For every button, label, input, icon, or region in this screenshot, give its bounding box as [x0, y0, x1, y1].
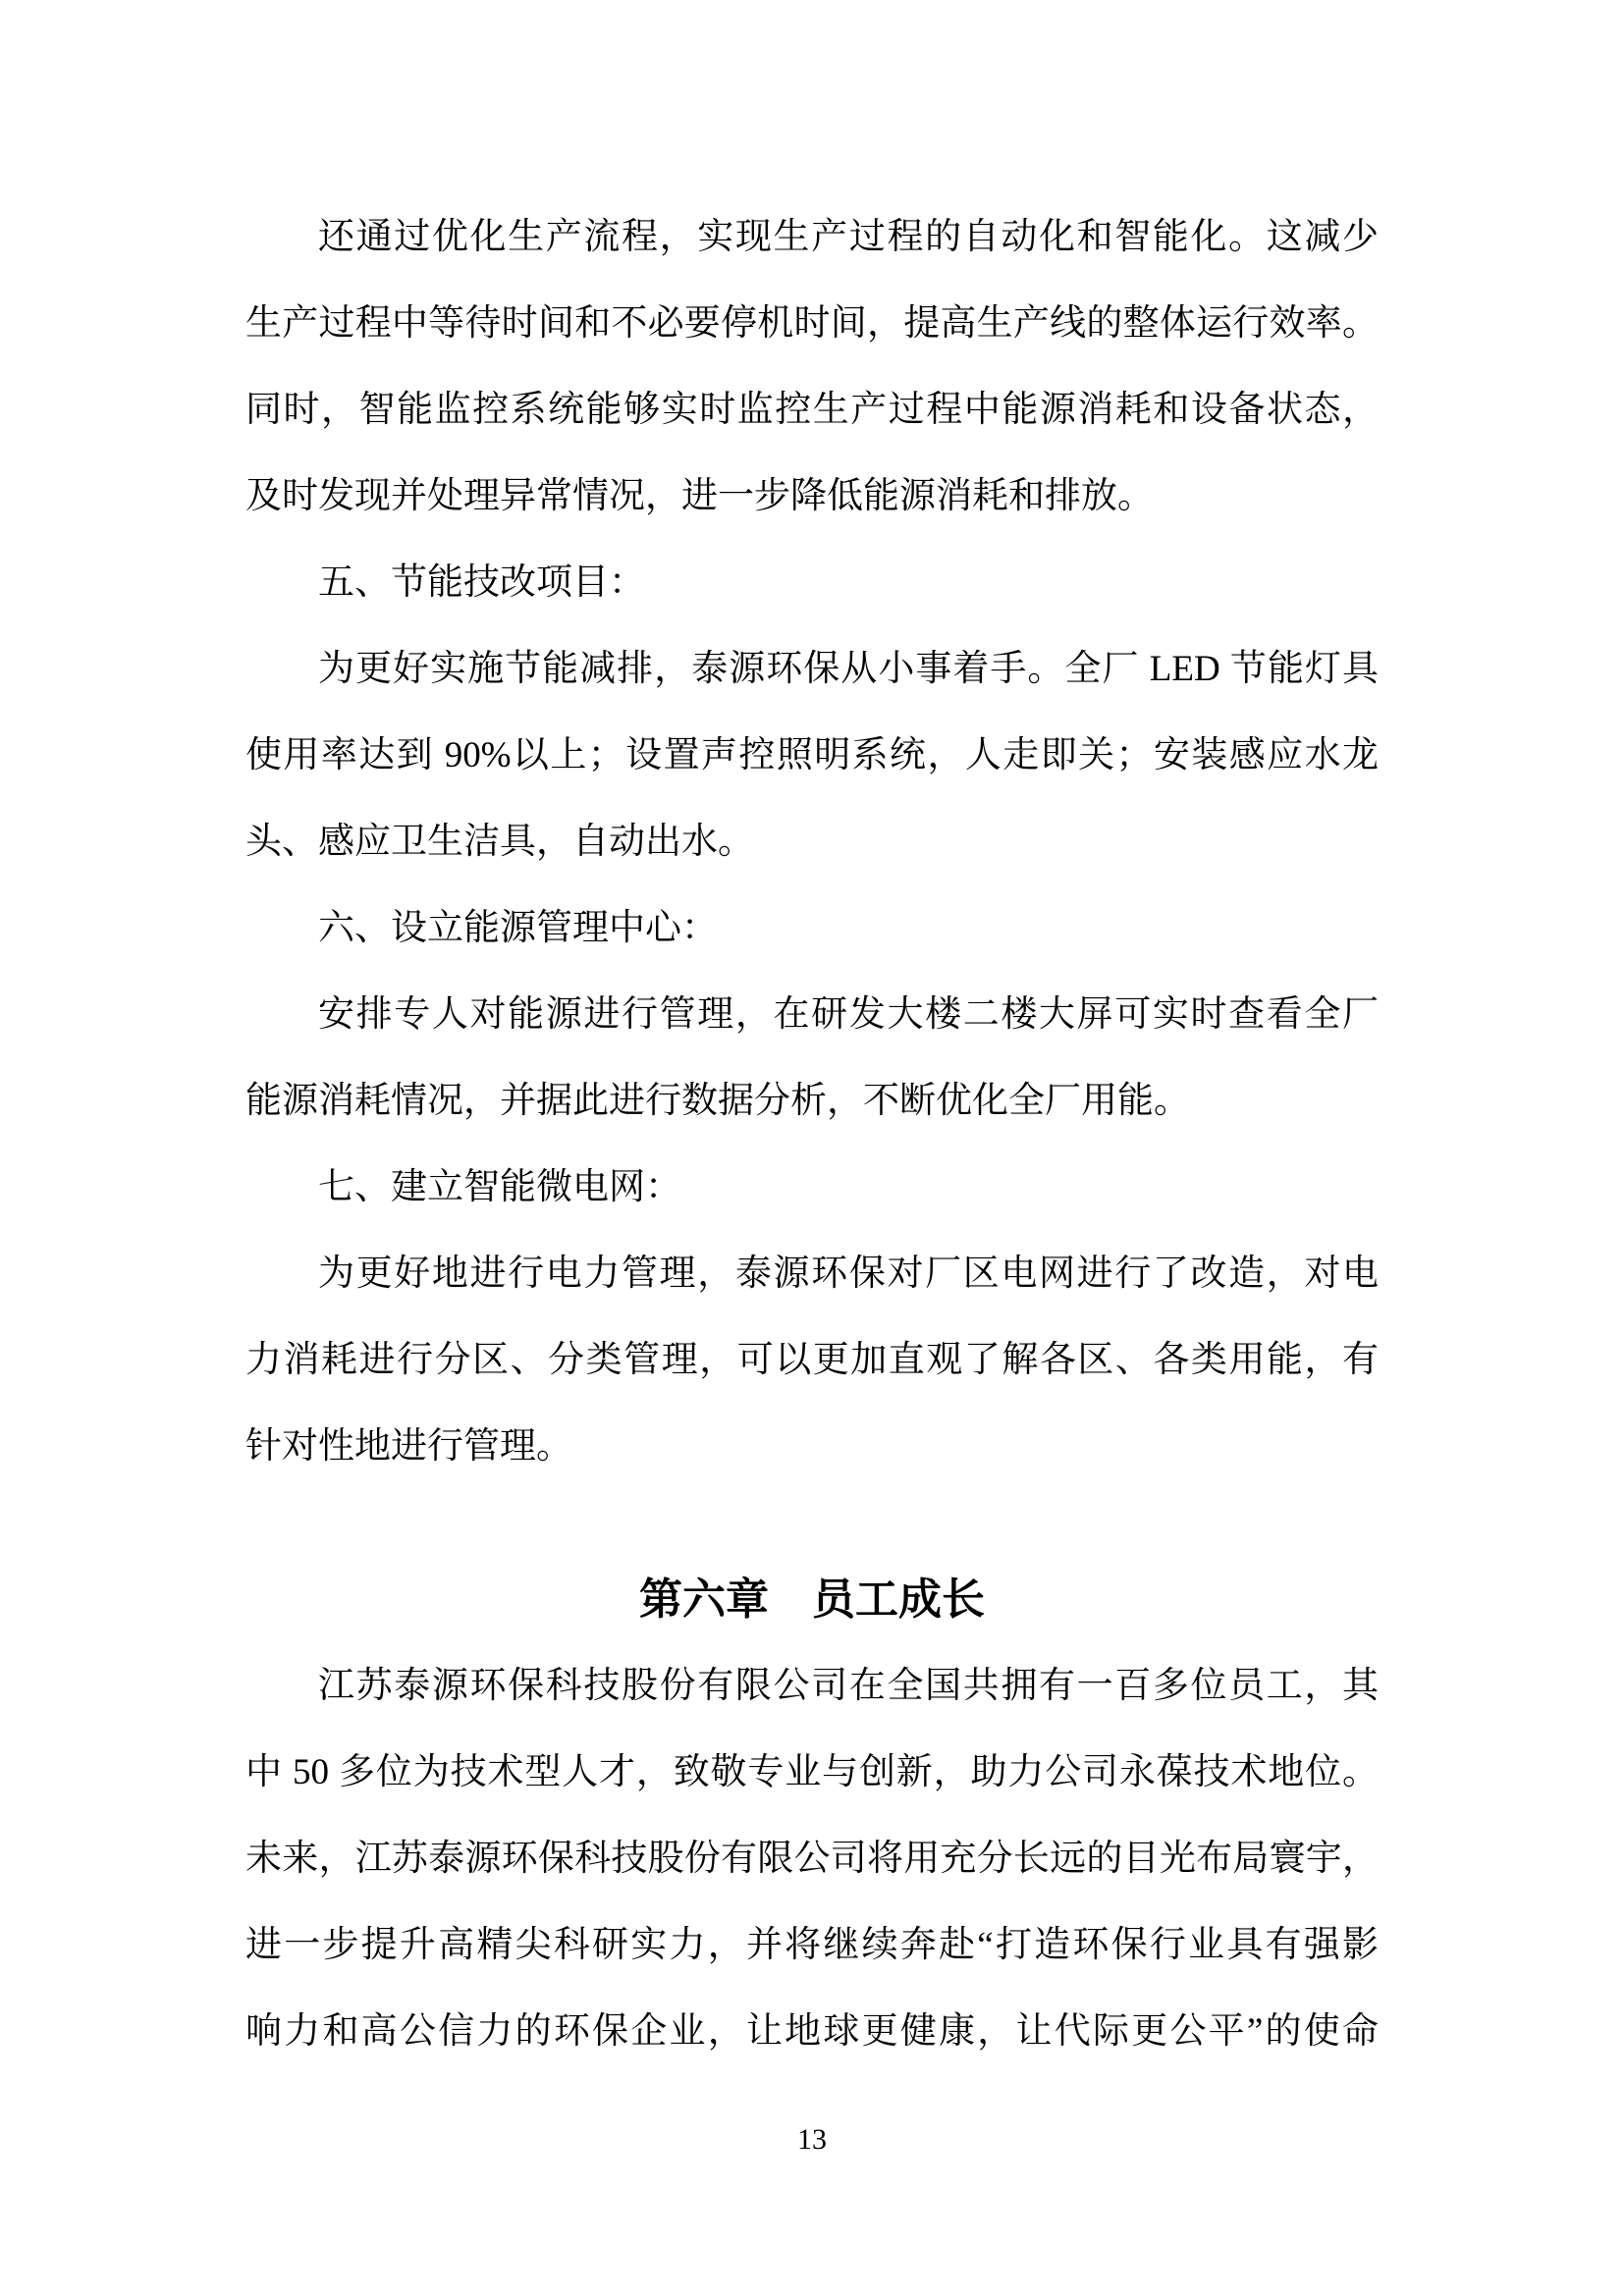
document-body: 还通过优化生产流程，实现生产过程的自动化和智能化。这减少生产过程中等待时间和不必… [245, 194, 1379, 2075]
text-line: 能源消耗情况，并据此进行数据分析，不断优化全厂用能。 [245, 1058, 1379, 1145]
text-line: 安排专人对能源进行管理，在研发大楼二楼大屏可实时查看全厂 [245, 972, 1379, 1058]
text-line: 中 50 多位为技术型人才，致敬专业与创新，助力公司永葆技术地位。 [245, 1730, 1379, 1816]
text-line: 为更好地进行电力管理，泰源环保对厂区电网进行了改造，对电 [245, 1231, 1379, 1317]
text-line: 响力和高公信力的环保企业，让地球更健康，让代际更公平”的使命 [245, 1989, 1379, 2075]
text-line: 为更好实施节能减排，泰源环保从小事着手。全厂 LED 节能灯具 [245, 626, 1379, 713]
chapter-heading: 第六章 员工成长 [245, 1557, 1379, 1643]
text-line: 未来，江苏泰源环保科技股份有限公司将用充分长远的目光布局寰宇， [245, 1816, 1379, 1902]
text-line: 及时发现并处理异常情况，进一步降低能源消耗和排放。 [245, 454, 1379, 540]
text-line: 同时，智能监控系统能够实时监控生产过程中能源消耗和设备状态， [245, 367, 1379, 454]
text-line: 六、设立能源管理中心： [245, 885, 1379, 972]
text-line: 江苏泰源环保科技股份有限公司在全国共拥有一百多位员工，其 [245, 1643, 1379, 1730]
text-line: 头、感应卫生洁具，自动出水。 [245, 799, 1379, 885]
text-line: 还通过优化生产流程，实现生产过程的自动化和智能化。这减少 [245, 194, 1379, 281]
text-line: 五、节能技改项目： [245, 540, 1379, 626]
text-line: 七、建立智能微电网： [245, 1145, 1379, 1231]
text-line: 进一步提升高精尖科研实力，并将继续奔赴“打造环保行业具有强影 [245, 1902, 1379, 1989]
text-line: 力消耗进行分区、分类管理，可以更加直观了解各区、各类用能，有 [245, 1317, 1379, 1404]
document-page: 还通过优化生产流程，实现生产过程的自动化和智能化。这减少生产过程中等待时间和不必… [0, 0, 1624, 2296]
text-line: 使用率达到 90%以上；设置声控照明系统，人走即关；安装感应水龙 [245, 713, 1379, 799]
page-number: 13 [0, 2122, 1624, 2158]
text-line: 针对性地进行管理。 [245, 1404, 1379, 1490]
text-line: 生产过程中等待时间和不必要停机时间，提高生产线的整体运行效率。 [245, 281, 1379, 367]
